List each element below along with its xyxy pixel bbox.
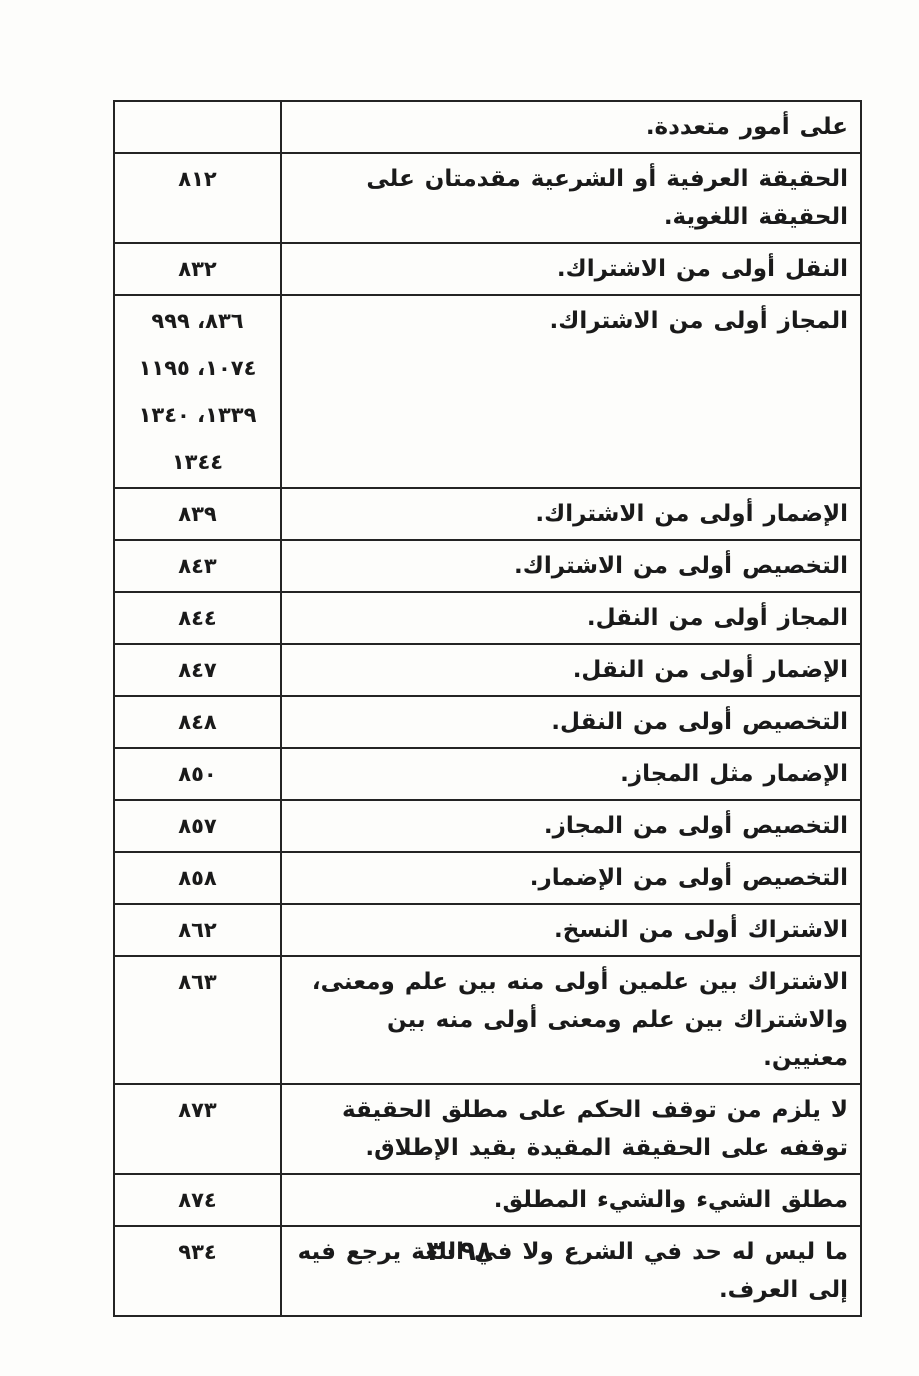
table-row: الاشتراك أولى من النسخ.٨٦٢ [114, 904, 861, 956]
entry-text-cell: الإضمار مثل المجاز. [281, 748, 861, 800]
table-row: الإضمار أولى من النقل.٨٤٧ [114, 644, 861, 696]
page-number-cell: ٨٥٠ [114, 748, 281, 800]
page-number: ٨٤٤ [119, 599, 276, 637]
entry-text-cell: مطلق الشيء والشيء المطلق. [281, 1174, 861, 1226]
entry-text-cell: الاشتراك بين علمين أولى منه بين علم ومعن… [281, 956, 861, 1084]
page-number: ٨٤٣ [119, 547, 276, 585]
page-number-cell: ٨٧٤ [114, 1174, 281, 1226]
footer-page-number: ٣٠٩٨ [0, 1236, 919, 1267]
page-number-cell: ٨٦٢ [114, 904, 281, 956]
page-number-cell: ٨٦٣ [114, 956, 281, 1084]
page-number: ٨٥٨ [119, 859, 276, 897]
entry-text-cell: التخصيص أولى من المجاز. [281, 800, 861, 852]
entry-text-cell: المجاز أولى من النقل. [281, 592, 861, 644]
entry-text-cell: المجاز أولى من الاشتراك. [281, 295, 861, 488]
page-number: ٨٣٢ [119, 250, 276, 288]
page-number: ١٣٣٩، ١٣٤٠ [119, 396, 276, 434]
entry-text-cell: لا يلزم من توقف الحكم على مطلق الحقيقة ت… [281, 1084, 861, 1174]
entry-text-cell: التخصيص أولى من الاشتراك. [281, 540, 861, 592]
page-number-cell: ٨٤٣ [114, 540, 281, 592]
page-number-cell: ٨٣٩ [114, 488, 281, 540]
page-number: ٨٧٤ [119, 1181, 276, 1219]
table-row: مطلق الشيء والشيء المطلق.٨٧٤ [114, 1174, 861, 1226]
page-number-cell: ٨١٢ [114, 153, 281, 243]
table-row: على أمور متعددة. [114, 101, 861, 153]
index-table: على أمور متعددة.الحقيقة العرفية أو الشرع… [113, 100, 862, 1317]
entry-text-cell: التخصيص أولى من النقل. [281, 696, 861, 748]
table-row: الإضمار أولى من الاشتراك.٨٣٩ [114, 488, 861, 540]
page-number: ١٣٤٤ [119, 443, 276, 481]
page-number: ٨١٢ [119, 160, 276, 198]
entry-text-cell: الحقيقة العرفية أو الشرعية مقدمتان على ا… [281, 153, 861, 243]
page-number-cell: ٨٧٣ [114, 1084, 281, 1174]
table-row: التخصيص أولى من الإضمار.٨٥٨ [114, 852, 861, 904]
page-number: ٨٣٦، ٩٩٩ [119, 302, 276, 340]
entry-text-cell: النقل أولى من الاشتراك. [281, 243, 861, 295]
entry-text-cell: الإضمار أولى من الاشتراك. [281, 488, 861, 540]
entry-text-cell: على أمور متعددة. [281, 101, 861, 153]
page-number: ٨٤٨ [119, 703, 276, 741]
page-number-cell: ٨٤٧ [114, 644, 281, 696]
page-number: ٨٣٩ [119, 495, 276, 533]
entry-text-cell: الإضمار أولى من النقل. [281, 644, 861, 696]
page-number: ٨٥٠ [119, 755, 276, 793]
page-number-cell: ٨٤٤ [114, 592, 281, 644]
page-number-cell: ٨٣٢ [114, 243, 281, 295]
scanned-book-page: على أمور متعددة.الحقيقة العرفية أو الشرع… [0, 0, 919, 1376]
table-row: لا يلزم من توقف الحكم على مطلق الحقيقة ت… [114, 1084, 861, 1174]
table-row: التخصيص أولى من النقل.٨٤٨ [114, 696, 861, 748]
entry-text-cell: الاشتراك أولى من النسخ. [281, 904, 861, 956]
table-row: الإضمار مثل المجاز.٨٥٠ [114, 748, 861, 800]
page-number-cell: ٨٣٦، ٩٩٩١٠٧٤، ١١٩٥١٣٣٩، ١٣٤٠١٣٤٤ [114, 295, 281, 488]
table-row: المجاز أولى من النقل.٨٤٤ [114, 592, 861, 644]
page-number-cell [114, 101, 281, 153]
table-row: التخصيص أولى من المجاز.٨٥٧ [114, 800, 861, 852]
page-number: ٨٦٢ [119, 911, 276, 949]
page-number-cell: ٨٤٨ [114, 696, 281, 748]
table-row: الحقيقة العرفية أو الشرعية مقدمتان على ا… [114, 153, 861, 243]
page-number: ٨٧٣ [119, 1091, 276, 1129]
page-number: ٨٥٧ [119, 807, 276, 845]
table-row: المجاز أولى من الاشتراك.٨٣٦، ٩٩٩١٠٧٤، ١١… [114, 295, 861, 488]
page-number: ٨٤٧ [119, 651, 276, 689]
page-number-cell: ٨٥٨ [114, 852, 281, 904]
index-table-body: على أمور متعددة.الحقيقة العرفية أو الشرع… [114, 101, 861, 1316]
table-row: التخصيص أولى من الاشتراك.٨٤٣ [114, 540, 861, 592]
table-row: الاشتراك بين علمين أولى منه بين علم ومعن… [114, 956, 861, 1084]
entry-text-cell: التخصيص أولى من الإضمار. [281, 852, 861, 904]
page-number-cell: ٨٥٧ [114, 800, 281, 852]
table-row: النقل أولى من الاشتراك.٨٣٢ [114, 243, 861, 295]
page-number: ٨٦٣ [119, 963, 276, 1001]
page-number: ١٠٧٤، ١١٩٥ [119, 349, 276, 387]
